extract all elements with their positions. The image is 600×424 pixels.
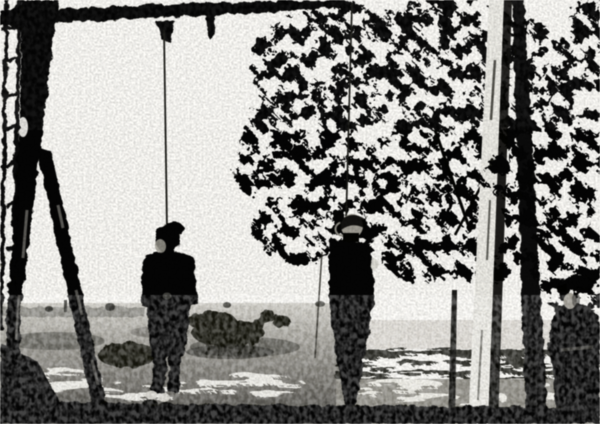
sky-dust-overlay <box>0 0 600 130</box>
grain-light-overlay <box>0 295 600 424</box>
photograph <box>0 0 600 424</box>
photo-canvas <box>0 0 600 424</box>
